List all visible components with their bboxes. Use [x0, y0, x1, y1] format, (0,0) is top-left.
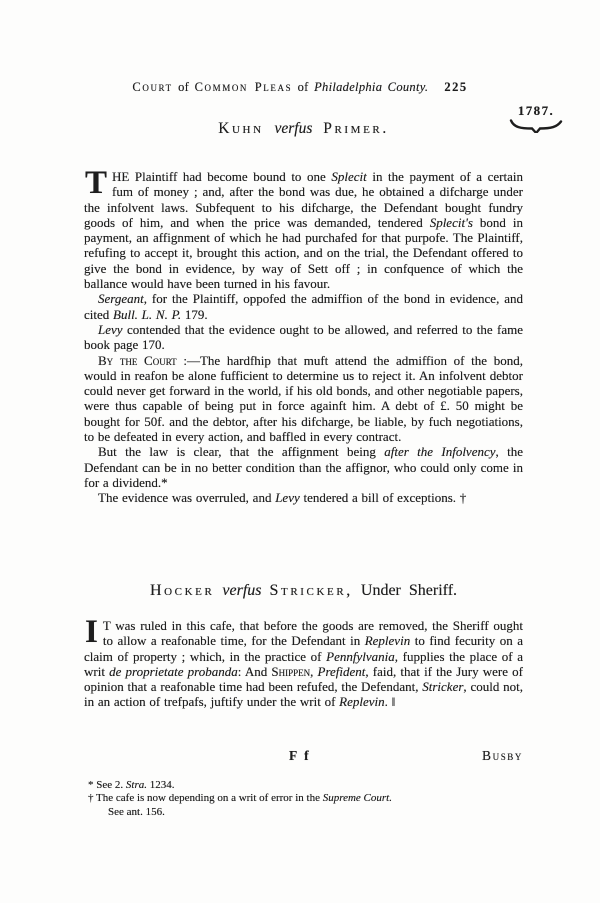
signature-mark: F f [289, 748, 311, 764]
book-page: Court of Common Pleas of Philadelphia Co… [0, 0, 600, 903]
signature-row: F f Busby [84, 748, 523, 764]
case-title-kuhn-v-primer: Kuhn verfus Primer. [84, 120, 523, 138]
footnote-line: See ant. 156. [88, 806, 528, 819]
footnotes: * See 2. Stra. 1234. † The cafe is now d… [88, 779, 528, 819]
drop-cap: I [84, 618, 103, 645]
page-number: 225 [444, 80, 467, 94]
paragraph: By the Court :—The hardfhip that muft at… [84, 353, 523, 445]
paragraph: Sergeant, for the Plaintiff, oppofed the… [84, 291, 523, 322]
paragraph: THE Plaintiff had become bound to one Sp… [84, 169, 523, 291]
footnote-line: † The cafe is now depending on a writ of… [88, 792, 528, 805]
paragraph: IT was ruled in this cafe, that before t… [84, 618, 523, 710]
running-head: Court of Common Pleas of Philadelphia Co… [90, 80, 510, 95]
drop-cap: T [84, 169, 112, 196]
catchword: Busby [482, 748, 523, 764]
footnote-line: * See 2. Stra. 1234. [88, 779, 528, 792]
paragraph: The evidence was overruled, and Levy ten… [84, 490, 523, 505]
paragraph: But the law is clear, that the affignmen… [84, 444, 523, 490]
paragraph: Levy contended that the evidence ought t… [84, 322, 523, 353]
case-body-hocker-v-stricker: IT was ruled in this cafe, that before t… [84, 618, 523, 710]
case-title-hocker-v-stricker: Hocker verfus Stricker, Under Sheriff. [84, 582, 523, 600]
year-label: 1787. [508, 103, 564, 119]
running-head-text: Court of Common Pleas of Philadelphia Co… [132, 80, 428, 94]
case-body-kuhn-v-primer: THE Plaintiff had become bound to one Sp… [84, 169, 523, 506]
